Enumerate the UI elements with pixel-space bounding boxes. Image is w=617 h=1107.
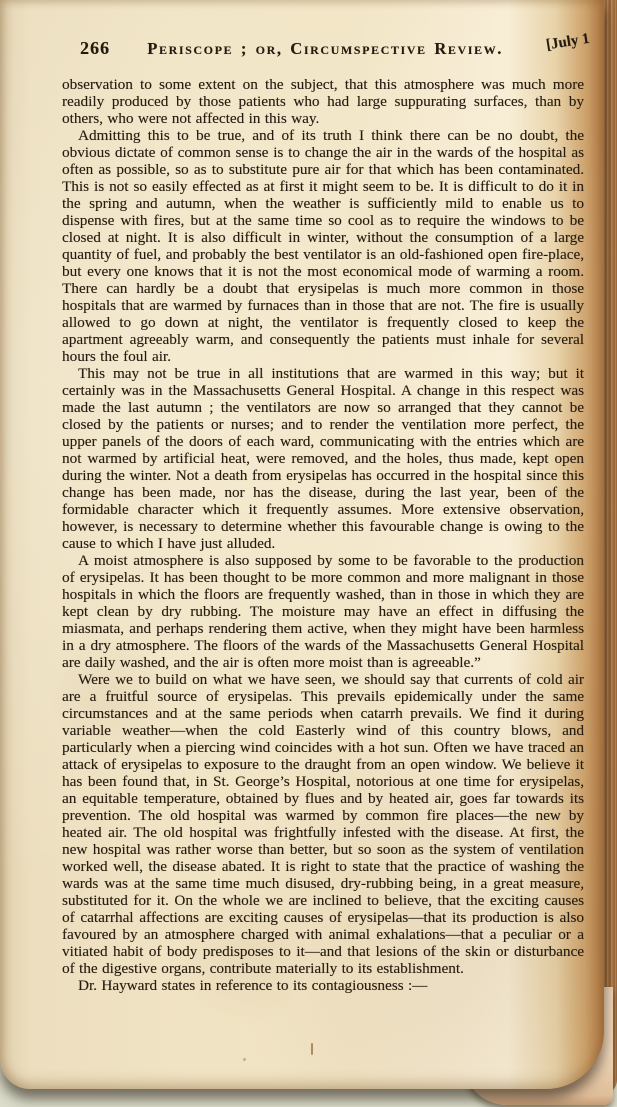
page-number: 266	[80, 38, 110, 59]
running-header: 266 Periscope ; or, Circumspective Revie…	[80, 38, 584, 59]
paragraph: Admitting this to be true, and of its tr…	[62, 127, 584, 365]
printed-content: 266 Periscope ; or, Circumspective Revie…	[62, 38, 584, 994]
ink-speck	[243, 1058, 246, 1061]
paragraph: Dr. Hayward states in reference to its c…	[62, 977, 584, 994]
journal-title: Periscope ; or, Circumspective Review.	[110, 39, 540, 59]
paragraph: This may not be true in all institutions…	[62, 365, 584, 552]
paragraph: Were we to build on what we have seen, w…	[62, 671, 584, 977]
ink-speck	[311, 1043, 313, 1055]
body-text: observation to some extent on the subjec…	[62, 76, 584, 994]
paragraph: A moist atmosphere is also supposed by s…	[62, 552, 584, 671]
scanned-page: 266 Periscope ; or, Circumspective Revie…	[0, 0, 604, 1089]
paragraph: observation to some extent on the subjec…	[62, 76, 584, 127]
issue-date: [July 1	[545, 31, 591, 55]
